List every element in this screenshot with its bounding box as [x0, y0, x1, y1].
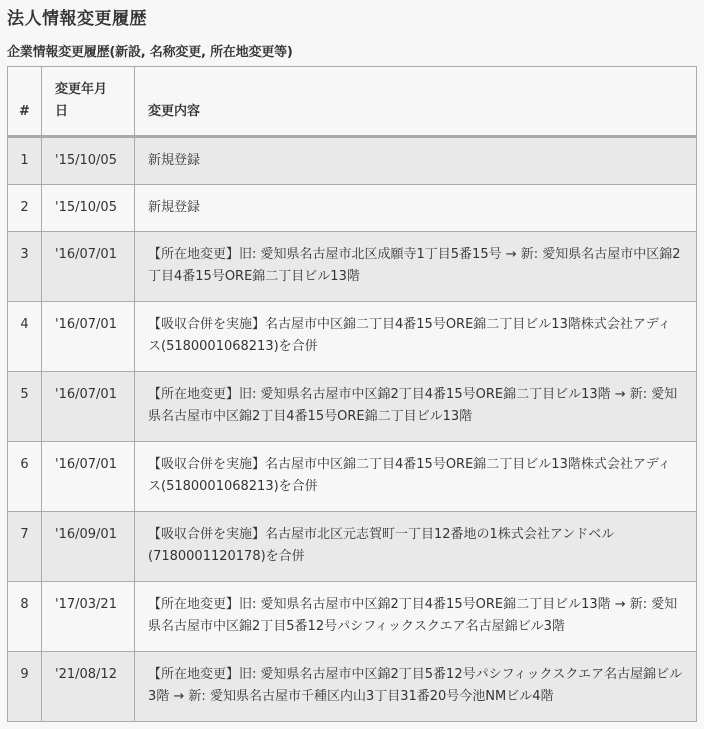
header-no: #	[8, 67, 42, 137]
header-date-label: 変更年月日	[55, 79, 117, 123]
section-title: 企業情報変更履歴(新設, 名称変更, 所在地変更等)	[7, 41, 293, 60]
table-row: 8 '17/03/21 【所在地変更】旧: 愛知県名古屋市中区錦2丁目4番15号…	[8, 582, 697, 652]
row-date: '21/08/12	[42, 652, 135, 722]
row-no: 3	[8, 232, 42, 302]
change-history-table: # 変更年月日 変更内容 1 '15/10/05 新規登録 2 '15/10/0…	[7, 66, 697, 722]
row-no: 9	[8, 652, 42, 722]
row-no: 2	[8, 185, 42, 232]
row-content: 【所在地変更】旧: 愛知県名古屋市中区錦2丁目4番15号ORE錦二丁目ビル13階…	[135, 372, 697, 442]
table-row: 4 '16/07/01 【吸収合併を実施】名古屋市中区錦二丁目4番15号ORE錦…	[8, 302, 697, 372]
row-content: 新規登録	[135, 185, 697, 232]
row-date: '16/07/01	[42, 442, 135, 512]
table-row: 1 '15/10/05 新規登録	[8, 137, 697, 185]
row-content: 新規登録	[135, 137, 697, 185]
row-content: 【所在地変更】旧: 愛知県名古屋市中区錦2丁目5番12号パシフィックスクエア名古…	[135, 652, 697, 722]
table-row: 2 '15/10/05 新規登録	[8, 185, 697, 232]
table-row: 6 '16/07/01 【吸収合併を実施】名古屋市中区錦二丁目4番15号ORE錦…	[8, 442, 697, 512]
header-row: # 変更年月日 変更内容	[8, 67, 697, 137]
table-row: 3 '16/07/01 【所在地変更】旧: 愛知県名古屋市北区成願寺1丁目5番1…	[8, 232, 697, 302]
table-row: 5 '16/07/01 【所在地変更】旧: 愛知県名古屋市中区錦2丁目4番15号…	[8, 372, 697, 442]
row-content: 【吸収合併を実施】名古屋市中区錦二丁目4番15号ORE錦二丁目ビル13階株式会社…	[135, 442, 697, 512]
row-date: '16/09/01	[42, 512, 135, 582]
row-date: '17/03/21	[42, 582, 135, 652]
row-content: 【所在地変更】旧: 愛知県名古屋市北区成願寺1丁目5番15号 → 新: 愛知県名…	[135, 232, 697, 302]
row-date: '16/07/01	[42, 372, 135, 442]
row-date: '15/10/05	[42, 185, 135, 232]
table-row: 9 '21/08/12 【所在地変更】旧: 愛知県名古屋市中区錦2丁目5番12号…	[8, 652, 697, 722]
row-no: 1	[8, 137, 42, 185]
row-no: 7	[8, 512, 42, 582]
header-date: 変更年月日	[42, 67, 135, 137]
row-content: 【吸収合併を実施】名古屋市中区錦二丁目4番15号ORE錦二丁目ビル13階株式会社…	[135, 302, 697, 372]
row-no: 5	[8, 372, 42, 442]
row-date: '16/07/01	[42, 232, 135, 302]
row-date: '16/07/01	[42, 302, 135, 372]
row-content: 【所在地変更】旧: 愛知県名古屋市中区錦2丁目4番15号ORE錦二丁目ビル13階…	[135, 582, 697, 652]
table-body: 1 '15/10/05 新規登録 2 '15/10/05 新規登録 3 '16/…	[8, 137, 697, 722]
row-no: 4	[8, 302, 42, 372]
header-content: 変更内容	[135, 67, 697, 137]
row-date: '15/10/05	[42, 137, 135, 185]
table-header: # 変更年月日 変更内容	[8, 67, 697, 137]
table-row: 7 '16/09/01 【吸収合併を実施】名古屋市北区元志賀町一丁目12番地の1…	[8, 512, 697, 582]
page-title: 法人情報変更履歴	[7, 4, 147, 29]
row-no: 8	[8, 582, 42, 652]
row-no: 6	[8, 442, 42, 512]
row-content: 【吸収合併を実施】名古屋市北区元志賀町一丁目12番地の1株式会社アンドベル(71…	[135, 512, 697, 582]
